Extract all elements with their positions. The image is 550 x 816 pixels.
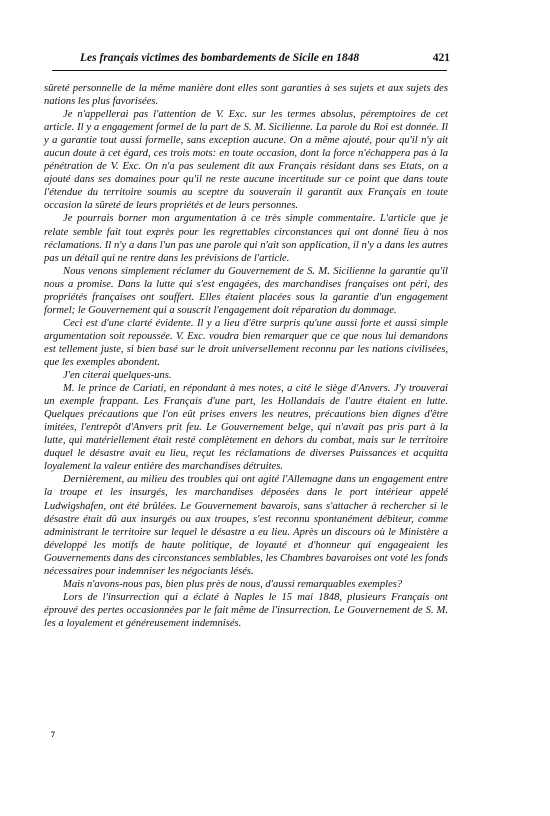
paragraph: Nous venons simplement réclamer du Gouve… [44, 265, 448, 317]
paragraph: Je n'appellerai pas l'attention de V. Ex… [44, 108, 448, 212]
paragraph: M. le prince de Cariati, en répondant à … [44, 382, 448, 473]
paragraph: Lors de l'insurrection qui a éclaté à Na… [44, 591, 448, 630]
signature-mark: 7 [51, 730, 55, 739]
paragraph-continuation: sûreté personnelle de la même manière do… [44, 82, 448, 108]
paragraph: Mais n'avons-nous pas, bien plus près de… [44, 578, 448, 591]
paragraph: J'en citerai quelques-uns. [44, 369, 448, 382]
body-text: sûreté personnelle de la même manière do… [44, 82, 448, 630]
paragraph: Je pourrais borner mon argumentation à c… [44, 212, 448, 264]
paragraph: Dernièrement, au milieu des troubles qui… [44, 473, 448, 577]
paragraph: Ceci est d'une clarté évidente. Il y a l… [44, 317, 448, 369]
header-rule [52, 70, 447, 71]
document-page: Les français victimes des bombardements … [0, 0, 550, 816]
running-head: Les français victimes des bombardements … [80, 52, 450, 68]
running-title: Les français victimes des bombardements … [80, 52, 359, 64]
page-number: 421 [433, 52, 450, 64]
